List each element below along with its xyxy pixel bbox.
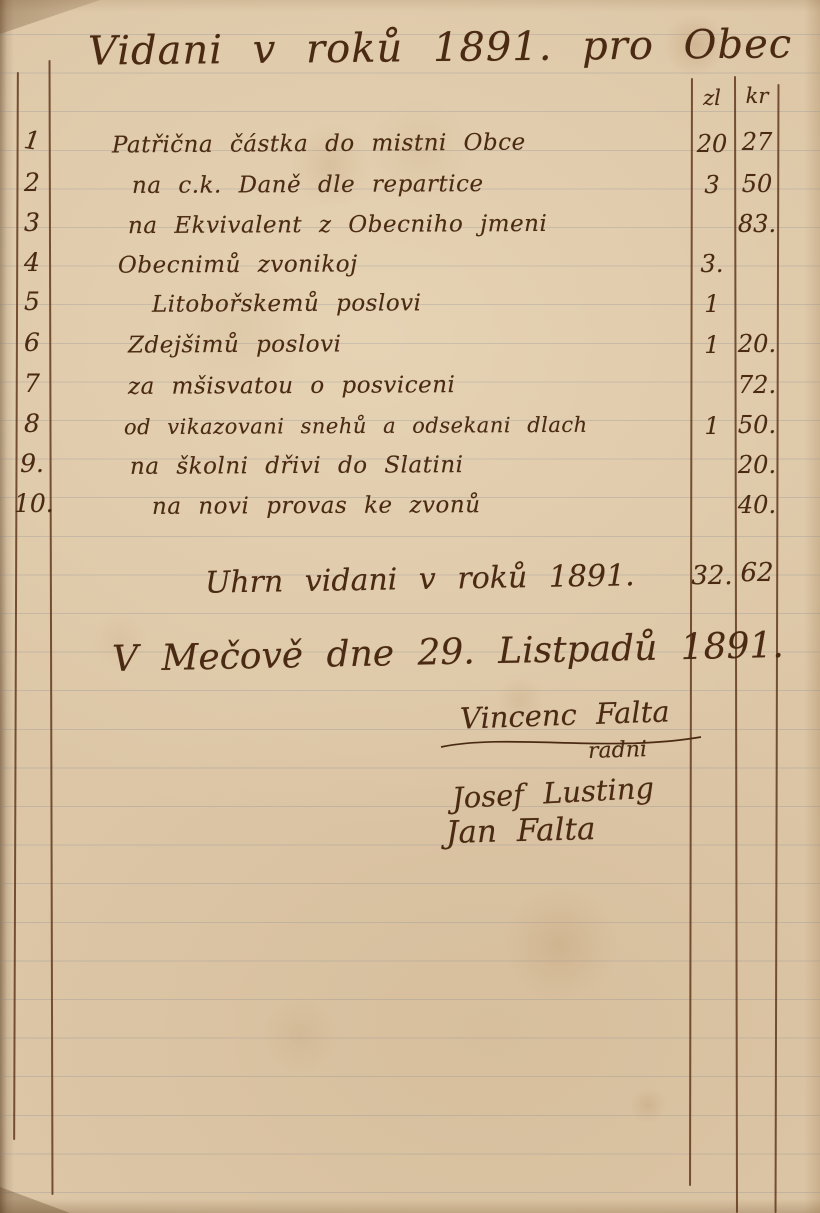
row-zl: 20 bbox=[689, 130, 735, 158]
row-number: 5 bbox=[16, 287, 48, 316]
row-zl: 3 bbox=[689, 171, 735, 199]
row-number: 8 bbox=[16, 409, 48, 438]
row-description: Zdejšimů poslovi bbox=[128, 331, 342, 358]
signature-role: radni bbox=[588, 737, 648, 764]
row-kr: 83. bbox=[736, 210, 778, 238]
row-number: 1 bbox=[14, 124, 50, 157]
row-kr: 20. bbox=[736, 330, 778, 358]
row-description: na Ekvivalent z Obecniho jmeni bbox=[128, 211, 547, 239]
column-header-zl: zl bbox=[689, 86, 735, 110]
row-description: na c.k. Daně dle repartice bbox=[132, 171, 484, 199]
column-header-kr: kr bbox=[736, 84, 778, 108]
row-zl: 3. bbox=[689, 250, 735, 278]
row-description: od vikazovani snehů a odsekani dlach bbox=[124, 413, 588, 439]
row-description: Litobořskemů poslovi bbox=[152, 290, 422, 317]
row-kr: 50. bbox=[736, 411, 778, 439]
row-number: 2 bbox=[16, 168, 48, 197]
total-label: Uhrn vidani v roků 1891. bbox=[205, 558, 635, 600]
row-zl: 1 bbox=[689, 412, 735, 440]
row-number: 3 bbox=[16, 208, 48, 237]
row-kr: 50 bbox=[736, 170, 778, 198]
signature-name: Jan Falta bbox=[446, 811, 596, 851]
row-kr: 72. bbox=[736, 371, 778, 399]
total-kr: 62 bbox=[736, 558, 778, 588]
row-description: Patřična částka do mistni Obce bbox=[112, 130, 526, 159]
row-number: 7 bbox=[16, 369, 48, 398]
row-zl: 1 bbox=[689, 331, 735, 359]
row-kr: 40. bbox=[736, 491, 778, 519]
row-number: 9. bbox=[16, 449, 48, 478]
page-title: Vidani v roků 1891. pro Obec Mečov. bbox=[88, 19, 820, 74]
row-number: 10. bbox=[14, 489, 46, 518]
row-zl: 1 bbox=[689, 290, 735, 318]
row-description: na školni dřivi do Slatini bbox=[130, 452, 464, 480]
total-zl: 32. bbox=[689, 561, 735, 591]
row-kr: 27 bbox=[736, 128, 778, 156]
row-description: na novi provas ke zvonů bbox=[152, 492, 481, 520]
row-description: Obecnimů zvonikoj bbox=[118, 251, 358, 278]
row-kr: 20. bbox=[736, 451, 778, 479]
row-number: 6 bbox=[16, 328, 48, 357]
row-description: za mšisvatou o posviceni bbox=[128, 372, 456, 400]
scanned-ledger-page: { "document": { "title": "Vidani v roků … bbox=[0, 0, 820, 1213]
row-number: 4 bbox=[16, 248, 48, 277]
